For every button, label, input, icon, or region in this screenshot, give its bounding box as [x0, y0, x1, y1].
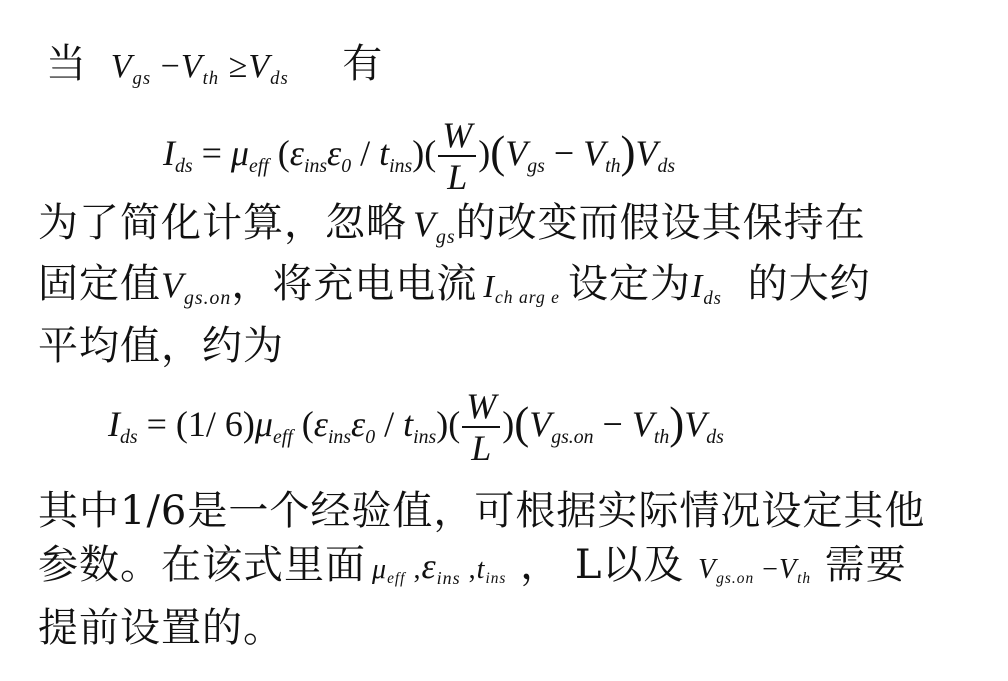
denominator: L [462, 430, 500, 466]
condition-formula: Vgs −Vth ≥Vds [111, 48, 299, 85]
subscript: 0 [341, 155, 351, 177]
paragraph-line: 其中1/6是一个经验值，可根据实际情况设定其他 [38, 484, 925, 538]
paren: ( [293, 404, 314, 444]
fraction-w-over-l: WL [438, 117, 476, 195]
inline-formula: μeff ,εins ,tins [372, 554, 506, 585]
symbol-v: V [636, 133, 658, 173]
paragraph-line: 平均值，约为 [38, 319, 871, 373]
symbol-i: I [163, 133, 175, 173]
paragraph-parameters: 其中1/6是一个经验值，可根据实际情况设定其他 参数。在该式里面μeff ,εi… [38, 484, 925, 655]
paren: )( [412, 133, 436, 173]
paren: ) [669, 398, 684, 448]
symbol-v: V [161, 265, 184, 305]
condition-line: 当 Vgs −Vth ≥Vds 有 [46, 38, 383, 98]
symbol-i: I [483, 268, 495, 304]
text: 的改变而假设其保持在 [456, 200, 866, 246]
numerator: W [462, 388, 500, 424]
symbol-epsilon: ε [421, 546, 436, 586]
text: 为了简化计算，忽略 [38, 200, 407, 246]
subscript: ins [304, 155, 327, 177]
inline-formula: Ich arg e [483, 268, 560, 304]
subscript: eff [273, 426, 293, 448]
subscript: gs [436, 226, 456, 248]
subscript: ins [485, 570, 506, 587]
subscript: ins [413, 426, 436, 448]
operator-equals: = [138, 404, 176, 444]
symbol-epsilon: ε [290, 133, 304, 173]
condition-suffix: 有 [342, 41, 383, 87]
subscript: ins [328, 426, 351, 448]
text: ，将充电电流 [231, 261, 477, 307]
symbol-t: t [379, 133, 389, 173]
symbol-mu: μ [255, 404, 273, 444]
subscript: th [605, 155, 620, 177]
subscript: ds [175, 155, 193, 177]
paren: ( [490, 127, 505, 177]
paragraph-simplification: 为了简化计算，忽略Vgs的改变而假设其保持在 固定值Vgs.on，将充电电流Ic… [38, 196, 871, 373]
text: 参数。在该式里面 [38, 542, 366, 588]
subscript: eff [387, 570, 405, 587]
operator-divide: / [375, 404, 403, 444]
operator-geq: ≥ [219, 48, 248, 85]
subscript: ds [270, 68, 289, 89]
symbol-mu: μ [372, 554, 387, 585]
condition-prefix: 当 [46, 41, 87, 87]
operator-equals: = [193, 133, 231, 173]
subscript: ds [706, 426, 724, 448]
comma: , [405, 554, 421, 585]
paren: )( [436, 404, 460, 444]
symbol-v: V [583, 133, 605, 173]
text: 的大约 [734, 261, 871, 307]
subscript: ds [703, 288, 722, 309]
subscript: th [797, 570, 811, 587]
paren: ( [514, 398, 529, 448]
symbol-epsilon: ε [327, 133, 341, 173]
operator-minus: − [754, 554, 779, 585]
comma: , [461, 554, 477, 585]
subscript: gs [133, 68, 152, 89]
symbol-v: V [248, 48, 270, 85]
paren: ( [269, 133, 290, 173]
text: ， L以及 [506, 542, 698, 588]
operator-divide: / [351, 133, 379, 173]
symbol-v: V [779, 554, 797, 585]
symbol-v: V [111, 48, 133, 85]
coefficient: (1/ 6) [176, 404, 255, 444]
text: 设定为 [568, 261, 691, 307]
text: 固定值 [38, 261, 161, 307]
fraction-w-over-l: WL [462, 388, 500, 466]
subscript: ch arg e [495, 287, 560, 307]
equation-ids-average: Ids = (1/ 6)μeff (εinsε0 / tins)(WL)(Vgs… [108, 383, 724, 470]
subscript: th [654, 426, 669, 448]
symbol-t: t [403, 404, 413, 444]
symbol-v: V [413, 204, 436, 244]
symbol-v: V [632, 404, 654, 444]
subscript: gs [527, 155, 545, 177]
symbol-mu: μ [231, 133, 249, 173]
subscript: ds [658, 155, 676, 177]
subscript: gs.on [716, 570, 754, 587]
subscript: eff [249, 155, 269, 177]
subscript: gs.on [184, 287, 231, 309]
symbol-v: V [698, 554, 716, 585]
symbol-epsilon: ε [314, 404, 328, 444]
symbol-v: V [529, 404, 551, 444]
symbol-i: I [108, 404, 120, 444]
paren: ) [502, 404, 514, 444]
paragraph-line: 参数。在该式里面μeff ,εins ,tins ， L以及 Vgs.on −V… [38, 538, 925, 601]
paren: ) [621, 127, 636, 177]
inline-formula: Vgs.on −Vth [698, 554, 811, 585]
symbol-i: I [691, 268, 703, 305]
subscript: ds [120, 426, 138, 448]
operator-minus: − [545, 133, 583, 173]
paragraph-line: 提前设置的。 [38, 601, 925, 655]
inline-formula: Vgs [413, 204, 456, 244]
paragraph-line: 固定值Vgs.on，将充电电流Ich arg e设定为Ids 的大约 [38, 257, 871, 319]
subscript: th [203, 68, 220, 89]
symbol-v: V [684, 404, 706, 444]
equation-ids-linear: Ids = μeff (εinsε0 / tins)(WL)(Vgs − Vth… [163, 112, 675, 199]
symbol-v: V [505, 133, 527, 173]
subscript: ins [389, 155, 412, 177]
numerator: W [438, 117, 476, 153]
operator-minus: − [151, 48, 181, 85]
inline-formula: Ids [691, 268, 722, 305]
paragraph-line: 为了简化计算，忽略Vgs的改变而假设其保持在 [38, 196, 871, 257]
text: 需要 [811, 542, 907, 588]
inline-formula: Vgs.on [161, 265, 231, 305]
symbol-v: V [181, 48, 203, 85]
paren: ) [478, 133, 490, 173]
operator-minus: − [594, 404, 632, 444]
denominator: L [438, 159, 476, 195]
symbol-epsilon: ε [351, 404, 365, 444]
subscript: ins [437, 568, 461, 588]
subscript: 0 [365, 426, 375, 448]
subscript: gs.on [551, 426, 593, 448]
